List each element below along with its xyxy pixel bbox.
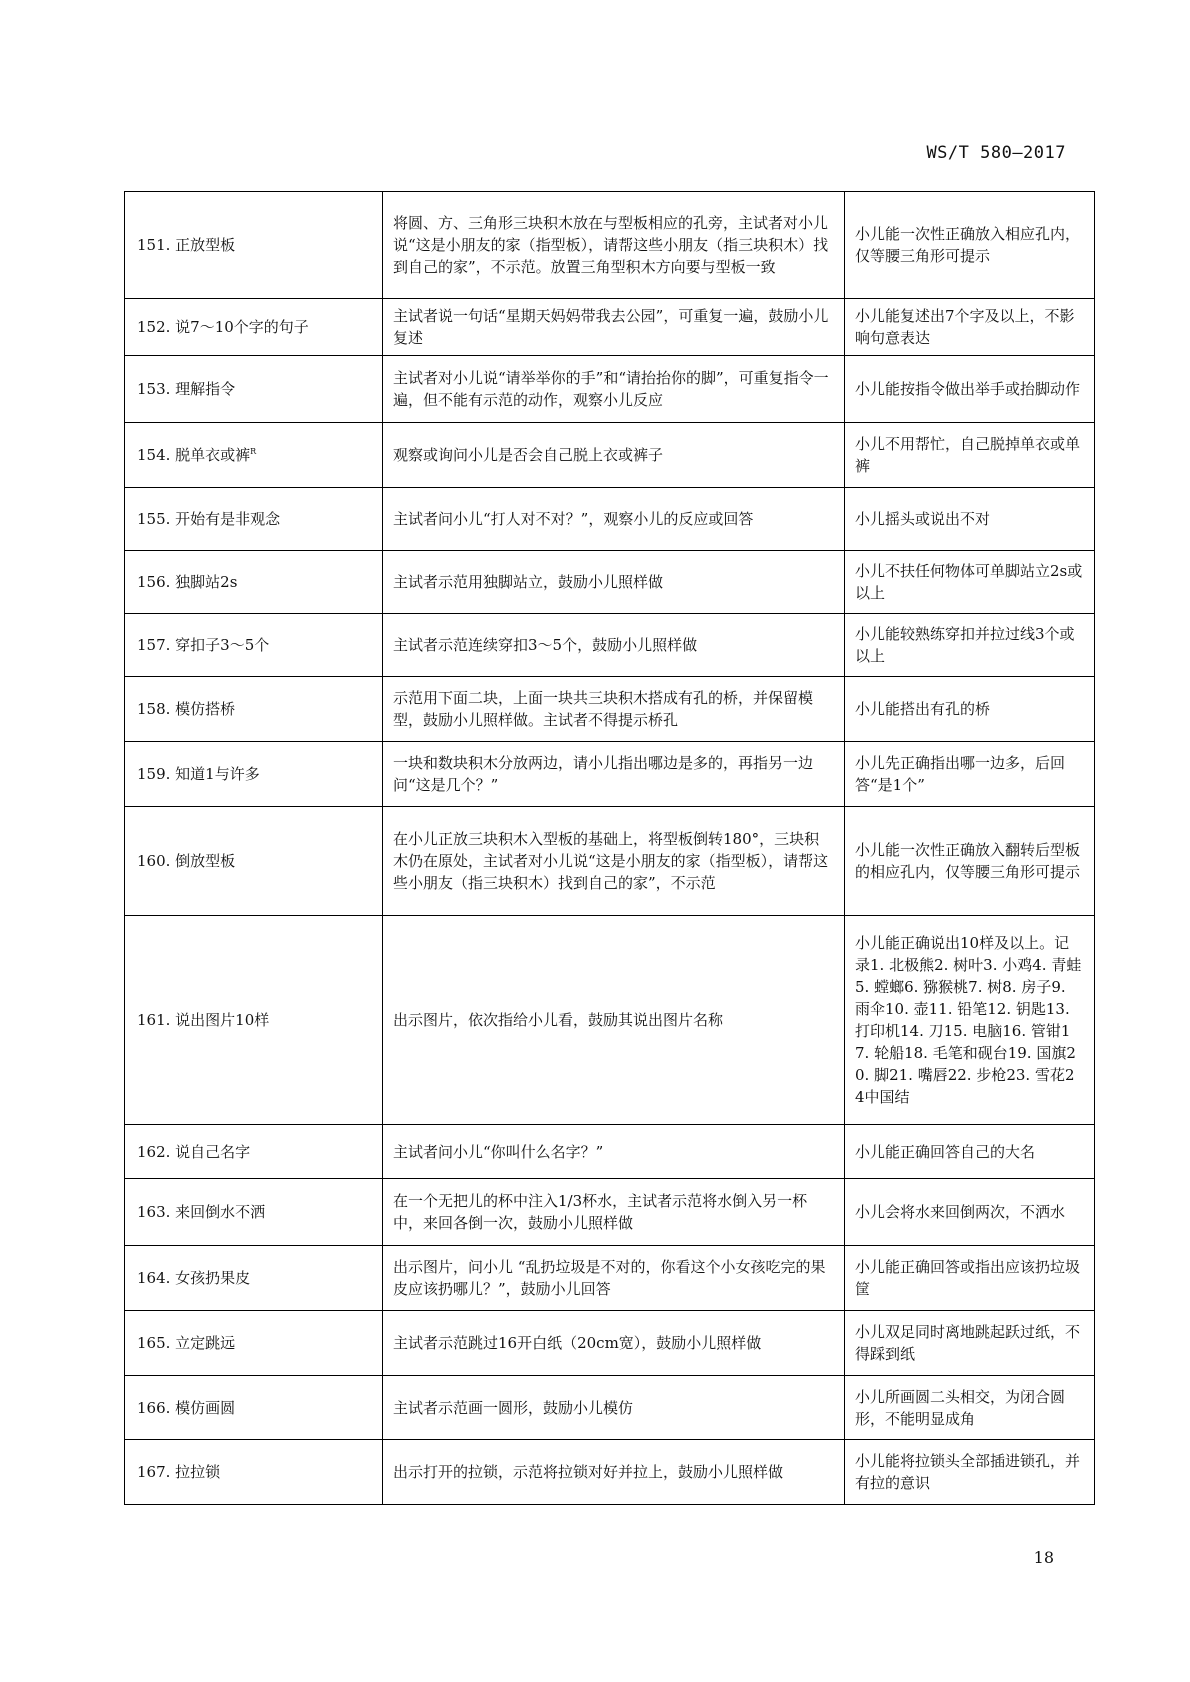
table-body: 151. 正放型板将圆、方、三角形三块积木放在与型板相应的孔旁，主试者对小儿说“… <box>125 192 1095 1505</box>
table-row: 157. 穿扣子3～5个主试者示范连续穿扣3～5个，鼓励小儿照样做小儿能较熟练穿… <box>125 614 1095 677</box>
item-name-cell: 162. 说自己名字 <box>125 1125 383 1179</box>
assessment-items-table: 151. 正放型板将圆、方、三角形三块积木放在与型板相应的孔旁，主试者对小儿说“… <box>124 191 1095 1505</box>
pass-criteria-cell: 小儿不用帮忙，自己脱掉单衣或单裤 <box>845 423 1095 488</box>
test-method-cell: 在一个无把儿的杯中注入1/3杯水，主试者示范将水倒入另一杯中，来回各倒一次，鼓励… <box>383 1179 845 1246</box>
test-method-cell: 主试者示范画一圆形，鼓励小儿模仿 <box>383 1376 845 1440</box>
pass-criteria-cell: 小儿能较熟练穿扣并拉过线3个或以上 <box>845 614 1095 677</box>
pass-criteria-cell: 小儿能复述出7个字及以上，不影响句意表达 <box>845 299 1095 356</box>
item-name: 159. 知道1与许多 <box>137 765 260 783</box>
item-name-cell: 151. 正放型板 <box>125 192 383 299</box>
table-row: 154. 脱单衣或裤R观察或询问小儿是否会自己脱上衣或裤子小儿不用帮忙，自己脱掉… <box>125 423 1095 488</box>
table-row: 163. 来回倒水不洒在一个无把儿的杯中注入1/3杯水，主试者示范将水倒入另一杯… <box>125 1179 1095 1246</box>
test-method-cell: 主试者说一句话“星期天妈妈带我去公园”，可重复一遍，鼓励小儿复述 <box>383 299 845 356</box>
test-method-cell: 出示打开的拉锁，示范将拉锁对好并拉上，鼓励小儿照样做 <box>383 1440 845 1505</box>
document-code: WS/T 580—2017 <box>926 143 1066 163</box>
table-row: 165. 立定跳远主试者示范跳过16开白纸（20cm宽），鼓励小儿照样做小儿双足… <box>125 1311 1095 1376</box>
item-name-cell: 156. 独脚站2s <box>125 551 383 614</box>
test-method-cell: 观察或询问小儿是否会自己脱上衣或裤子 <box>383 423 845 488</box>
table-row: 156. 独脚站2s主试者示范用独脚站立，鼓励小儿照样做小儿不扶任何物体可单脚站… <box>125 551 1095 614</box>
test-method-cell: 主试者示范连续穿扣3～5个，鼓励小儿照样做 <box>383 614 845 677</box>
item-name-cell: 157. 穿扣子3～5个 <box>125 614 383 677</box>
pass-criteria-cell: 小儿能一次性正确放入相应孔内，仅等腰三角形可提示 <box>845 192 1095 299</box>
test-method-cell: 出示图片，依次指给小儿看，鼓励其说出图片名称 <box>383 916 845 1125</box>
page-number: 18 <box>1034 1548 1054 1567</box>
item-name: 162. 说自己名字 <box>137 1143 250 1161</box>
item-name: 167. 拉拉锁 <box>137 1463 220 1481</box>
item-superscript-mark: R <box>250 447 256 456</box>
test-method-cell: 出示图片，问小儿 “乱扔垃圾是不对的，你看这个小女孩吃完的果皮应该扔哪儿？”，鼓… <box>383 1246 845 1311</box>
pass-criteria-cell: 小儿能搭出有孔的桥 <box>845 677 1095 742</box>
test-method-cell: 一块和数块积木分放两边，请小儿指出哪边是多的，再指另一边问“这是几个？” <box>383 742 845 807</box>
pass-criteria-cell: 小儿能按指令做出举手或抬脚动作 <box>845 356 1095 423</box>
item-name: 161. 说出图片10样 <box>137 1011 269 1029</box>
item-name-cell: 167. 拉拉锁 <box>125 1440 383 1505</box>
pass-criteria-cell: 小儿双足同时离地跳起跃过纸，不得踩到纸 <box>845 1311 1095 1376</box>
table-row: 151. 正放型板将圆、方、三角形三块积木放在与型板相应的孔旁，主试者对小儿说“… <box>125 192 1095 299</box>
pass-criteria-cell: 小儿能正确回答或指出应该扔垃圾筐 <box>845 1246 1095 1311</box>
table-row: 166. 模仿画圆主试者示范画一圆形，鼓励小儿模仿小儿所画圆二头相交，为闭合圆形… <box>125 1376 1095 1440</box>
item-name: 155. 开始有是非观念 <box>137 510 280 528</box>
item-name-cell: 165. 立定跳远 <box>125 1311 383 1376</box>
item-name-cell: 163. 来回倒水不洒 <box>125 1179 383 1246</box>
item-name: 153. 理解指令 <box>137 380 235 398</box>
table-row: 161. 说出图片10样出示图片，依次指给小儿看，鼓励其说出图片名称小儿能正确说… <box>125 916 1095 1125</box>
item-name-cell: 159. 知道1与许多 <box>125 742 383 807</box>
pass-criteria-cell: 小儿所画圆二头相交，为闭合圆形，不能明显成角 <box>845 1376 1095 1440</box>
table-row: 158. 模仿搭桥示范用下面二块，上面一块共三块积木搭成有孔的桥，并保留模型，鼓… <box>125 677 1095 742</box>
item-name: 164. 女孩扔果皮 <box>137 1269 250 1287</box>
table-row: 160. 倒放型板在小儿正放三块积木入型板的基础上，将型板倒转180°，三块积木… <box>125 807 1095 916</box>
table-row: 152. 说7～10个字的句子主试者说一句话“星期天妈妈带我去公园”，可重复一遍… <box>125 299 1095 356</box>
item-name-cell: 160. 倒放型板 <box>125 807 383 916</box>
item-name-cell: 161. 说出图片10样 <box>125 916 383 1125</box>
pass-criteria-cell: 小儿先正确指出哪一边多，后回答“是1个” <box>845 742 1095 807</box>
test-method-cell: 主试者示范用独脚站立，鼓励小儿照样做 <box>383 551 845 614</box>
item-name: 151. 正放型板 <box>137 236 235 254</box>
item-name-cell: 158. 模仿搭桥 <box>125 677 383 742</box>
test-method-cell: 主试者对小儿说“请举举你的手”和“请抬抬你的脚”，可重复指令一遍，但不能有示范的… <box>383 356 845 423</box>
item-name: 163. 来回倒水不洒 <box>137 1203 265 1221</box>
pass-criteria-cell: 小儿摇头或说出不对 <box>845 488 1095 551</box>
item-name: 156. 独脚站2s <box>137 573 237 591</box>
pass-criteria-cell: 小儿会将水来回倒两次，不洒水 <box>845 1179 1095 1246</box>
test-method-cell: 示范用下面二块，上面一块共三块积木搭成有孔的桥，并保留模型，鼓励小儿照样做。主试… <box>383 677 845 742</box>
item-name: 160. 倒放型板 <box>137 852 235 870</box>
item-name-cell: 166. 模仿画圆 <box>125 1376 383 1440</box>
item-name-cell: 155. 开始有是非观念 <box>125 488 383 551</box>
pass-criteria-cell: 小儿能将拉锁头全部插进锁孔，并有拉的意识 <box>845 1440 1095 1505</box>
item-name: 152. 说7～10个字的句子 <box>137 318 309 336</box>
item-name: 154. 脱单衣或裤 <box>137 446 250 464</box>
pass-criteria-cell: 小儿不扶任何物体可单脚站立2s或以上 <box>845 551 1095 614</box>
item-name-cell: 164. 女孩扔果皮 <box>125 1246 383 1311</box>
table-row: 153. 理解指令主试者对小儿说“请举举你的手”和“请抬抬你的脚”，可重复指令一… <box>125 356 1095 423</box>
table-row: 155. 开始有是非观念主试者问小儿“打人对不对？”，观察小儿的反应或回答小儿摇… <box>125 488 1095 551</box>
table-row: 164. 女孩扔果皮出示图片，问小儿 “乱扔垃圾是不对的，你看这个小女孩吃完的果… <box>125 1246 1095 1311</box>
item-name-cell: 152. 说7～10个字的句子 <box>125 299 383 356</box>
test-method-cell: 在小儿正放三块积木入型板的基础上，将型板倒转180°，三块积木仍在原处，主试者对… <box>383 807 845 916</box>
item-name: 165. 立定跳远 <box>137 1334 235 1352</box>
item-name-cell: 153. 理解指令 <box>125 356 383 423</box>
item-name: 166. 模仿画圆 <box>137 1399 235 1417</box>
pass-criteria-cell: 小儿能正确说出10样及以上。记录1. 北极熊2. 树叶3. 小鸡4. 青蛙5. … <box>845 916 1095 1125</box>
pass-criteria-cell: 小儿能一次性正确放入翻转后型板的相应孔内，仅等腰三角形可提示 <box>845 807 1095 916</box>
item-name-cell: 154. 脱单衣或裤R <box>125 423 383 488</box>
table-row: 167. 拉拉锁出示打开的拉锁，示范将拉锁对好并拉上，鼓励小儿照样做小儿能将拉锁… <box>125 1440 1095 1505</box>
pass-criteria-cell: 小儿能正确回答自己的大名 <box>845 1125 1095 1179</box>
test-method-cell: 主试者示范跳过16开白纸（20cm宽），鼓励小儿照样做 <box>383 1311 845 1376</box>
test-method-cell: 主试者问小儿“你叫什么名字？” <box>383 1125 845 1179</box>
item-name: 157. 穿扣子3～5个 <box>137 636 269 654</box>
item-name: 158. 模仿搭桥 <box>137 700 235 718</box>
test-method-cell: 主试者问小儿“打人对不对？”，观察小儿的反应或回答 <box>383 488 845 551</box>
test-method-cell: 将圆、方、三角形三块积木放在与型板相应的孔旁，主试者对小儿说“这是小朋友的家（指… <box>383 192 845 299</box>
table-row: 162. 说自己名字主试者问小儿“你叫什么名字？”小儿能正确回答自己的大名 <box>125 1125 1095 1179</box>
table-row: 159. 知道1与许多一块和数块积木分放两边，请小儿指出哪边是多的，再指另一边问… <box>125 742 1095 807</box>
